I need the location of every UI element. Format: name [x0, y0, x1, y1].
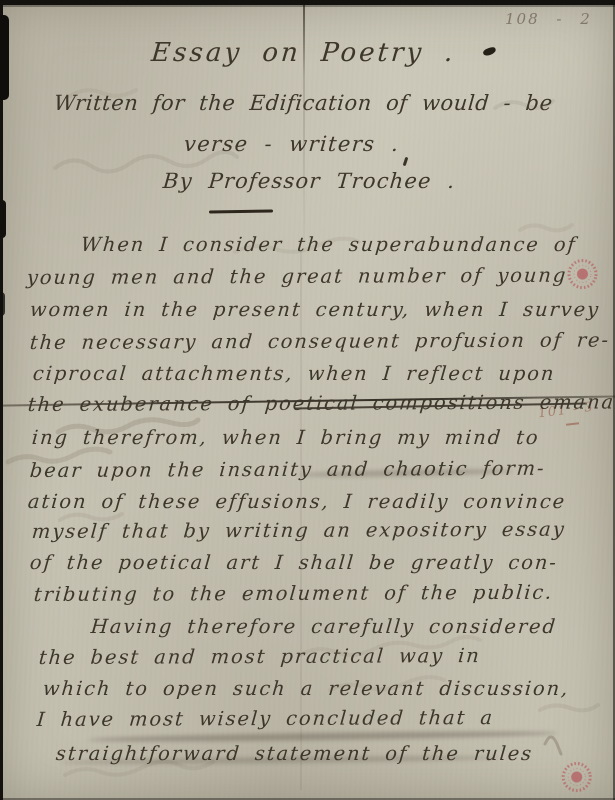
- manuscript-line: Having therefore carefully considered: [90, 615, 558, 638]
- scan-edge-top-shadow: [0, 5, 615, 7]
- manuscript-line: ciprocal attachments, when I reflect upo…: [32, 362, 556, 385]
- manuscript-line: myself that by writing an expository ess…: [31, 518, 567, 543]
- manuscript-line: ation of these effusions, I readily conv…: [27, 490, 567, 513]
- ink-blot: [482, 46, 497, 57]
- manuscript-line: tributing to the emolument of the public…: [33, 581, 554, 606]
- stray-pen-tick: [403, 157, 409, 166]
- manuscript-line: the exuberance of poetical compositions …: [27, 390, 615, 416]
- byline-flourish-rule: [209, 209, 273, 213]
- scan-edge-left: [0, 0, 3, 800]
- library-stamp-icon: [560, 252, 605, 300]
- scan-edge-notch: [0, 292, 5, 316]
- manuscript-line: of the poetical art I shall be greatly c…: [29, 551, 559, 574]
- manuscript-line: the best and most practical way in: [38, 644, 482, 669]
- manuscript-line: the necessary and consequent profusion o…: [29, 328, 611, 354]
- scan-edge-notch: [0, 200, 6, 238]
- library-stamp-icon: [556, 757, 597, 800]
- folio-number-pencil: 108 - 2: [505, 10, 592, 28]
- scan-edge-notch: [0, 15, 9, 100]
- manuscript-line: ing therefrom, when I bring my mind to: [31, 426, 541, 449]
- manuscript-line: which to open such a relevant discussion…: [42, 677, 570, 700]
- essay-subtitle-line-1: Written for the Edification of would - b…: [53, 91, 554, 115]
- manuscript-line: young men and the great number of young: [26, 264, 568, 289]
- manuscript-line: I have most wisely concluded that a: [36, 706, 495, 731]
- essay-title: Essay on Poetry .: [150, 38, 457, 68]
- essay-subtitle-line-2: verse - writers .: [183, 132, 401, 156]
- manuscript-line: When I consider the superabundance of: [80, 233, 578, 256]
- essay-byline: By Professor Trochee .: [162, 169, 457, 193]
- manuscript-line: women in the present century, when I sur…: [29, 298, 601, 321]
- manuscript-page: 108 - 2 101 - 3 Essay on Poetry . Writte…: [0, 0, 615, 800]
- folio-number-underline: [566, 422, 579, 425]
